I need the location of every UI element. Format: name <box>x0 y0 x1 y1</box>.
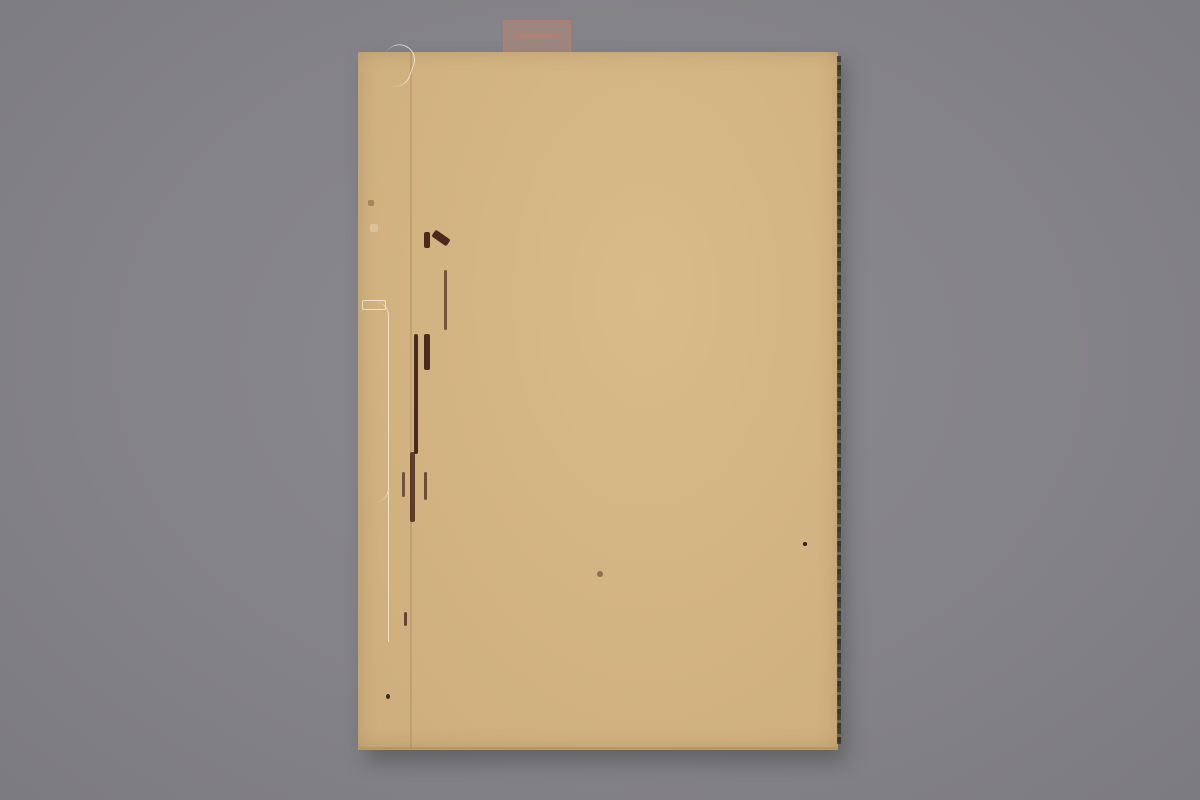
binding-thread-knot <box>362 300 386 310</box>
faded-title-stroke <box>424 232 430 248</box>
page-edge <box>837 56 841 744</box>
faded-title-stroke <box>414 334 418 454</box>
faded-title-stroke <box>444 270 447 330</box>
spine-fold-line <box>410 52 412 748</box>
binding-thread-loop <box>362 302 389 502</box>
faded-title-stroke <box>404 612 407 626</box>
binding-thread-top <box>376 40 420 91</box>
faded-title-stroke <box>431 230 450 247</box>
spine-mark <box>370 224 378 232</box>
ink-spot <box>597 571 603 577</box>
faded-title-stroke <box>424 472 427 500</box>
ink-spot <box>386 694 390 699</box>
book-cover <box>358 52 838 748</box>
faded-title-stroke <box>402 472 405 497</box>
faded-title-stroke <box>410 452 415 522</box>
binding-thread-lower <box>378 492 389 642</box>
faded-title-stroke <box>424 334 430 370</box>
spine-mark <box>368 200 374 206</box>
ink-spot <box>803 542 807 546</box>
cover-bottom-edge <box>358 747 838 750</box>
